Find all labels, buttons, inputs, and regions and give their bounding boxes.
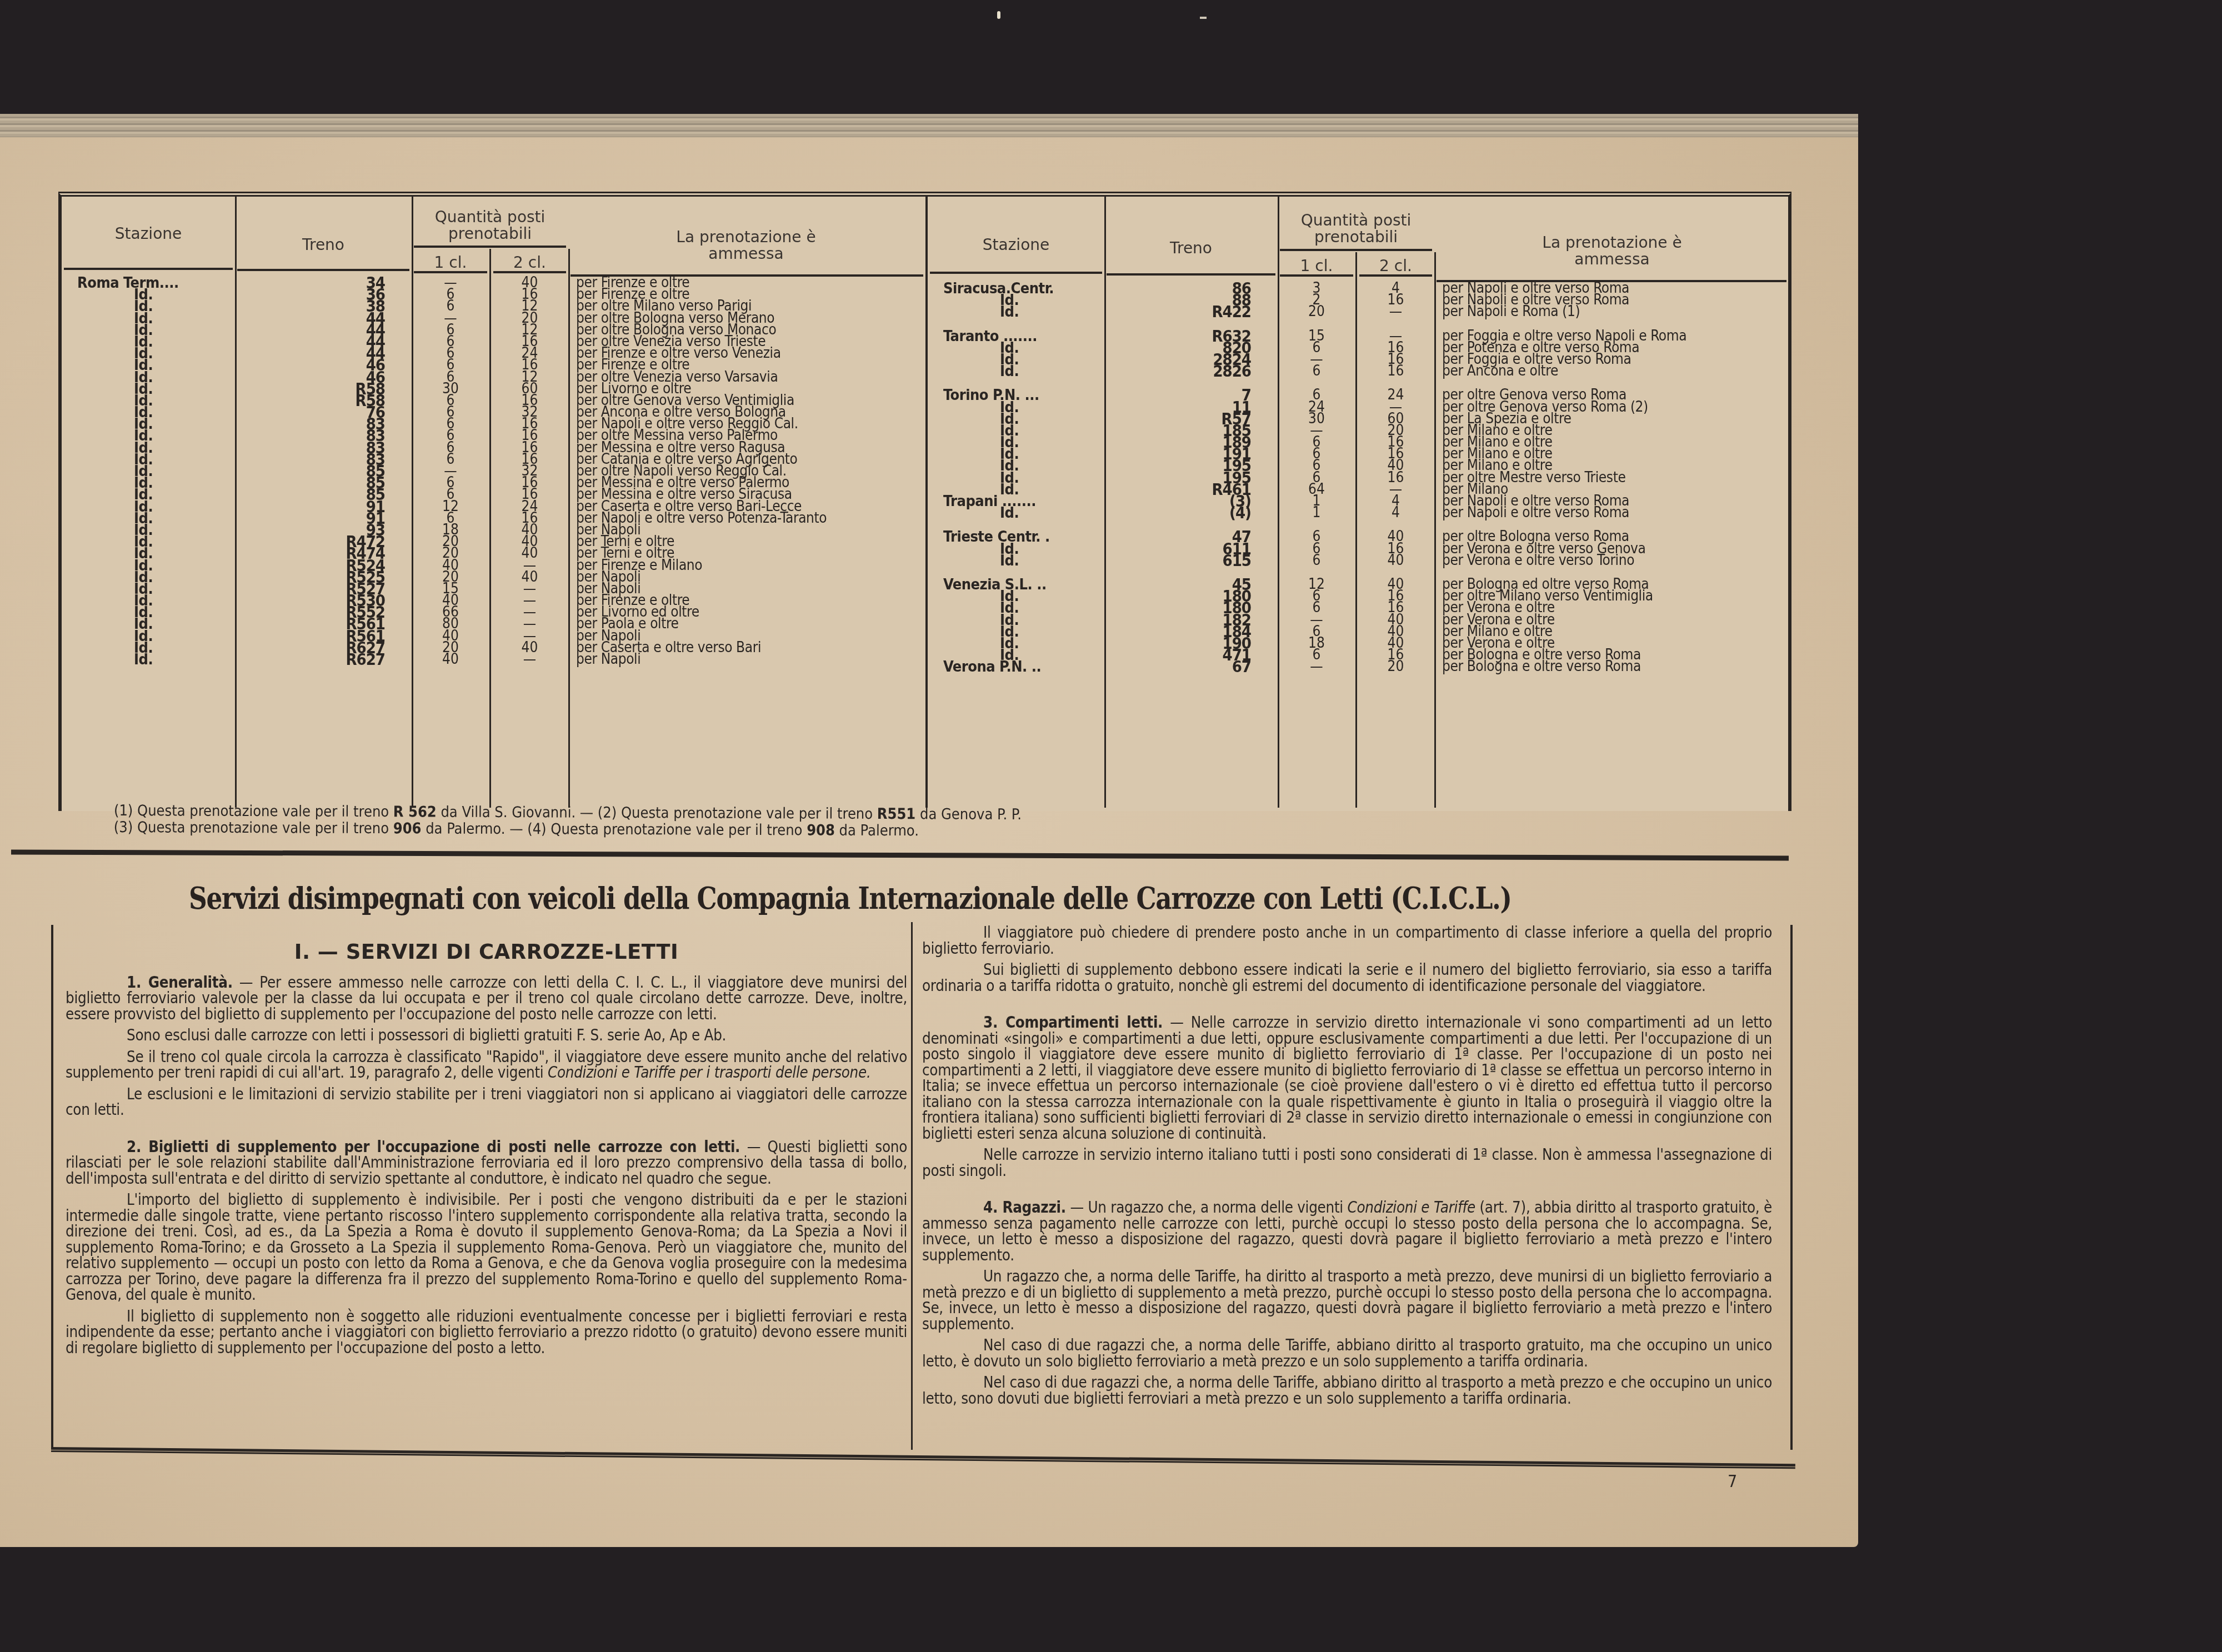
cell-train: 471 <box>1101 649 1278 661</box>
group-spacer <box>928 567 1789 579</box>
cell-train: R57 <box>1101 413 1278 425</box>
paragraph: Un ragazzo che, a norma delle Tariffe, h… <box>922 1269 1772 1332</box>
section-title: Servizi disimpegnati con veicoli della C… <box>189 880 1449 916</box>
cell-c2: 16 <box>1357 366 1434 377</box>
cell-c2: 20 <box>1357 661 1434 673</box>
footnote-train: 908 <box>807 822 835 839</box>
table-row: Id.R58616per oltre Genova verso Ventimig… <box>62 395 925 407</box>
header-rule <box>1280 274 1353 277</box>
table-row: Siracusa.Centr.8634per Napoli e oltre ve… <box>928 283 1789 294</box>
cell-c1: 40 <box>412 654 489 665</box>
cell-train: R627 <box>235 654 412 665</box>
cell-train: 2824 <box>1101 354 1278 366</box>
paragraph: Le esclusioni e le limitazioni di serviz… <box>66 1087 907 1118</box>
table-row: Id.R583060per Livorno e oltre <box>62 383 925 395</box>
header-class1: 1 cl. <box>412 254 489 271</box>
cell-station: Id. <box>928 366 1101 377</box>
cell-train: 85 <box>235 489 412 500</box>
cell-train: 93 <box>235 524 412 536</box>
table-footnotes: (1) Questa prenotazione vale per il tren… <box>114 803 1558 842</box>
paragraph: Nel caso di due ragazzi che, a norma del… <box>922 1338 1772 1369</box>
header-booking: La prenotazione è ammessa <box>1529 234 1695 268</box>
header-rule <box>1359 274 1432 277</box>
cell-train: 46 <box>235 372 412 383</box>
cell-train: 85 <box>235 465 412 477</box>
footnote-text: da Genova P. P. <box>915 805 1022 823</box>
footnote-text: (1) Questa prenotazione vale per il tren… <box>114 802 393 820</box>
page-number: 7 <box>1728 1472 1737 1491</box>
table-row: Torino P.N. ...7624per oltre Genova vers… <box>928 389 1789 401</box>
cell-train: 195 <box>1101 472 1278 484</box>
page-edge-stack <box>0 114 1858 137</box>
table-row: Id.R42220—per Napoli e Roma (1) <box>928 306 1789 318</box>
header-class2: 2 cl. <box>1357 258 1434 274</box>
table-row: Id.R55266—per Livorno ed oltre <box>62 607 925 618</box>
table-row: Id.R4722040per Terni e oltre <box>62 536 925 548</box>
cell-train: R524 <box>235 560 412 572</box>
table-row: Id.46616per Firenze e oltre <box>62 359 925 371</box>
table-row: Verona P.N. ..67—20per Bologna e oltre v… <box>928 661 1789 673</box>
table-row: Id.R53040—per Firenze e oltre <box>62 595 925 607</box>
table-row: Id.820616per Potenza e oltre verso Roma <box>928 342 1789 354</box>
cell-train: 820 <box>1101 342 1278 354</box>
table-row: Id.615640per Verona e oltre verso Torino <box>928 555 1789 567</box>
cell-train: 47 <box>1101 531 1278 543</box>
table-row: Id.36616per Firenze e oltre <box>62 289 925 301</box>
cell-c1: 1 <box>1278 507 1355 519</box>
cell-dest: per Bologna e oltre verso Roma <box>1434 661 1790 673</box>
table-row: Id.1901840per Verona e oltre <box>928 638 1789 649</box>
cell-train: 36 <box>235 289 412 301</box>
cell-train: R561 <box>235 630 412 642</box>
header-train: Treno <box>235 237 412 253</box>
table-rows-left: Roma Term....34—40per Firenze e oltreId.… <box>62 277 925 665</box>
cell-train: 88 <box>1101 294 1278 306</box>
header-station: Stazione <box>928 237 1104 253</box>
footnote-text: da Palermo. — (4) Questa prenotazione va… <box>421 820 807 839</box>
header-rule <box>414 246 566 248</box>
table-row: Id.R52440—per Firenze e Milano <box>62 560 925 572</box>
table-row: Id.46612per oltre Venezia verso Varsavia <box>62 372 925 383</box>
cell-train: 76 <box>235 407 412 418</box>
table-row: Id.88216per Napoli e oltre verso Roma <box>928 294 1789 306</box>
table-row: Id.83616per Catania e oltre verso Agrige… <box>62 454 925 465</box>
cell-train: 67 <box>1101 661 1278 673</box>
left-text-column: I. — SERVIZI DI CARROZZE-LETTI 1. Genera… <box>66 944 907 1356</box>
cell-train: 44 <box>235 324 412 336</box>
paragraph-biglietti: 2. Biglietti di supplemento per l'occupa… <box>66 1139 907 1187</box>
footnote-text: da Villa S. Giovanni. — (2) Questa preno… <box>437 804 877 823</box>
cell-train: 91 <box>235 501 412 513</box>
paragraph-text: — Nelle carrozze in servizio diretto int… <box>922 1014 1772 1143</box>
header-rule <box>1280 249 1432 251</box>
table-row: Id.182—40per Verona e oltre <box>928 614 1789 626</box>
table-row: Id.R4742040per Terni e oltre <box>62 548 925 559</box>
cell-train: 45 <box>1101 579 1278 590</box>
scanned-page: Stazione Treno Quantità posti prenotabil… <box>0 0 2222 1652</box>
table-row: Id.38612per oltre Milano verso Parigi <box>62 301 925 312</box>
cell-train: R527 <box>235 583 412 595</box>
table-row: Id.191616per Milano e oltre <box>928 448 1789 460</box>
header-class1: 1 cl. <box>1278 258 1355 274</box>
paragraph: Nel caso di due ragazzi che, a norma del… <box>922 1375 1772 1406</box>
header-rule <box>414 271 487 273</box>
cell-dest: per Napoli <box>568 654 924 665</box>
table-row: Id.85—32per oltre Napoli verso Reggio Ca… <box>62 465 925 477</box>
paragraph-lead: 3. Compartimenti letti. <box>983 1014 1163 1032</box>
table-left-half: Stazione Treno Quantità posti prenotabil… <box>62 197 925 808</box>
paragraph-lead: 2. Biglietti di supplemento per l'occupa… <box>127 1138 740 1156</box>
cell-train: R632 <box>1101 331 1278 342</box>
table-row: Id.931840per Napoli <box>62 524 925 536</box>
dust-speck <box>1200 17 1207 19</box>
footnote-train: R551 <box>877 805 916 823</box>
cell-c1: 6 <box>1278 366 1355 377</box>
table-row: Id.180616per Verona e oltre <box>928 602 1789 614</box>
header-rule <box>1107 273 1275 276</box>
cell-train: R461 <box>1101 484 1278 495</box>
subsection-heading: I. — SERVIZI DI CARROZZE-LETTI <box>66 944 907 960</box>
cell-train: 44 <box>235 348 412 359</box>
cell-train: 180 <box>1101 590 1278 602</box>
table-row: Id.R573060per La Spezia e oltre <box>928 413 1789 425</box>
table-row: Id.R46164—per Milano <box>928 484 1789 495</box>
group-spacer <box>928 377 1789 389</box>
cell-train: R525 <box>235 572 412 583</box>
table-row: Id.83616per Napoli e oltre verso Reggio … <box>62 418 925 430</box>
cell-train: 191 <box>1101 448 1278 460</box>
paragraph: Il viaggiatore può chiedere di prendere … <box>922 925 1772 957</box>
paragraph: L'importo del biglietto di supplemento è… <box>66 1192 907 1303</box>
table-row: Id.(4)14per Napoli e oltre verso Roma <box>928 507 1789 519</box>
cell-c2: — <box>1357 306 1434 318</box>
cell-c1: 20 <box>1278 306 1355 318</box>
cell-train: 195 <box>1101 460 1278 472</box>
header-rule <box>64 268 233 270</box>
cell-train: R422 <box>1101 306 1278 318</box>
cell-station: Id. <box>62 654 235 665</box>
paragraph: Sui biglietti di supplemento debbono ess… <box>922 962 1772 994</box>
cell-train: 185 <box>1101 425 1278 437</box>
table-row: Id.471616per Bologna e oltre verso Roma <box>928 649 1789 661</box>
table-row: Id.44612per oltre Bologna verso Monaco <box>62 324 925 336</box>
table-row: Trieste Centr. .47640per oltre Bologna v… <box>928 531 1789 543</box>
table-rows-right: Siracusa.Centr.8634per Napoli e oltre ve… <box>928 283 1789 673</box>
cell-train: 46 <box>235 359 412 371</box>
paragraph: Sono esclusi dalle carrozze con letti i … <box>66 1028 907 1044</box>
cell-train: 615 <box>1101 555 1278 567</box>
table-row: Id.44—20per oltre Bologna verso Merano <box>62 313 925 324</box>
table-row: Trapani .......(3)14per Napoli e oltre v… <box>928 495 1789 507</box>
cell-train: 38 <box>235 301 412 312</box>
header-rule <box>237 269 409 271</box>
cell-dest: per Napoli e Roma (1) <box>1434 306 1790 318</box>
cell-train: 34 <box>235 277 412 289</box>
paragraph-lead: 1. Generalità. <box>127 974 233 992</box>
footnote-train: 906 <box>393 820 422 837</box>
table-row: Roma Term....34—40per Firenze e oltre <box>62 277 925 289</box>
cell-station: Verona P.N. .. <box>928 661 1101 673</box>
header-class2: 2 cl. <box>491 254 568 271</box>
cell-train: 11 <box>1101 402 1278 413</box>
cell-train: 182 <box>1101 614 1278 626</box>
paragraph: Se il treno col quale circola la carrozz… <box>66 1049 907 1081</box>
header-train: Treno <box>1104 240 1278 257</box>
cell-train: 7 <box>1101 389 1278 401</box>
cell-train: (3) <box>1101 495 1278 507</box>
column-divider <box>911 922 913 1450</box>
table-row: Id.R5252040per Napoli <box>62 572 925 583</box>
cell-train: 83 <box>235 454 412 465</box>
table-row: Venezia S.L. ..451240per Bologna ed oltr… <box>928 579 1789 590</box>
cell-train: 44 <box>235 313 412 324</box>
cell-train: 83 <box>235 430 412 442</box>
table-row: Id.R52715—per Napoli <box>62 583 925 595</box>
cell-station: Id. <box>928 306 1101 318</box>
cell-c1: — <box>1278 661 1355 673</box>
cell-train: R627 <box>235 642 412 654</box>
paragraph: Nelle carrozze in servizio interno itali… <box>922 1147 1772 1179</box>
header-rule <box>493 271 566 273</box>
cell-dest: per Napoli e oltre verso Roma <box>1434 507 1790 519</box>
cell-station: Id. <box>928 555 1101 567</box>
cell-c2: 40 <box>1357 555 1434 567</box>
table-row: Id.184640per Milano e oltre <box>928 626 1789 638</box>
header-seats-group: Quantità posti prenotabili <box>1287 212 1425 246</box>
table-right-half: Stazione Treno Quantità posti prenotabil… <box>925 197 1789 808</box>
cell-train: 83 <box>235 418 412 430</box>
cell-c2: — <box>491 654 568 665</box>
cell-dest: per Ancona e oltre <box>1434 366 1790 377</box>
paragraph-compartimenti: 3. Compartimenti letti. — Nelle carrozze… <box>922 1015 1772 1142</box>
cell-train: 2826 <box>1101 366 1278 377</box>
table-row: Id.185—20per Milano e oltre <box>928 425 1789 437</box>
paragraph-lead: 4. Ragazzi. <box>983 1199 1066 1217</box>
cell-station: Id. <box>928 507 1101 519</box>
cell-train: 86 <box>1101 283 1278 294</box>
cell-train: R472 <box>235 536 412 548</box>
right-text-column: Il viaggiatore può chiedere di prendere … <box>922 925 1772 1406</box>
table-row: Id.195640per Milano e oltre <box>928 460 1789 472</box>
table-row: Id.R56140—per Napoli <box>62 630 925 642</box>
paragraph-italic: Condizioni e Tariffe <box>1347 1199 1475 1217</box>
cell-train: R58 <box>235 383 412 395</box>
cell-train: 44 <box>235 336 412 348</box>
table-row: Taranto .......R63215—per Foggia e oltre… <box>928 331 1789 342</box>
cell-train: R474 <box>235 548 412 559</box>
table-row: Id.85616per Messina e oltre verso Palerm… <box>62 477 925 489</box>
paragraph-ragazzi: 4. Ragazzi. — Un ragazzo che, a norma de… <box>922 1200 1772 1263</box>
footnote-train: R 562 <box>393 803 437 820</box>
table-row: Id.1124—per oltre Genova verso Roma (2) <box>928 402 1789 413</box>
table-row: Id.R62740—per Napoli <box>62 654 925 665</box>
header-seats-group: Quantità posti prenotabili <box>421 209 559 242</box>
header-station: Stazione <box>62 226 235 242</box>
dust-speck <box>997 11 1000 19</box>
table-row: Id.2824—16per Foggia e oltre verso Roma <box>928 354 1789 366</box>
table-row: Id.2826616per Ancona e oltre <box>928 366 1789 377</box>
reservation-table: Stazione Treno Quantità posti prenotabil… <box>58 192 1791 811</box>
table-row: Id.180616per oltre Milano verso Ventimig… <box>928 590 1789 602</box>
cell-train: R552 <box>235 607 412 618</box>
paragraph-italic: Condizioni e Tariffe per i trasporti del… <box>548 1064 870 1082</box>
group-spacer <box>928 519 1789 531</box>
cell-train: 180 <box>1101 602 1278 614</box>
cell-train: R530 <box>235 595 412 607</box>
table-row: Id.611616per Verona e oltre verso Genova <box>928 543 1789 555</box>
table-row: Id.83616per oltre Messina verso Palermo <box>62 430 925 442</box>
cell-c2: 4 <box>1357 507 1434 519</box>
table-row: Id.44624per Firenze e oltre verso Venezi… <box>62 348 925 359</box>
table-row: Id.R6272040per Caserta e oltre verso Bar… <box>62 642 925 654</box>
cell-train: 83 <box>235 442 412 454</box>
table-row: Id.91616per Napoli e oltre verso Potenza… <box>62 513 925 524</box>
cell-train: 611 <box>1101 543 1278 555</box>
header-rule <box>930 272 1102 274</box>
cell-train: R58 <box>235 395 412 407</box>
footnote-text: (3) Questa prenotazione vale per il tren… <box>114 819 393 837</box>
table-row: Id.195616per oltre Mestre verso Trieste <box>928 472 1789 484</box>
cell-train: 85 <box>235 477 412 489</box>
cell-train: R561 <box>235 618 412 630</box>
table-row: Id.44616per oltre Venezia verso Trieste <box>62 336 925 348</box>
cell-dest: per Verona e oltre verso Torino <box>1434 555 1790 567</box>
footnote-text: da Palermo. <box>835 822 919 840</box>
paragraph-text: — Un ragazzo che, a norma delle vigenti <box>1066 1199 1348 1217</box>
cell-train: 190 <box>1101 638 1278 649</box>
paragraph: Il biglietto di supplemento non è sogget… <box>66 1309 907 1356</box>
cell-train: 184 <box>1101 626 1278 638</box>
table-row: Id.189616per Milano e oltre <box>928 437 1789 448</box>
cell-c1: 6 <box>1278 555 1355 567</box>
header-booking: La prenotazione è ammessa <box>663 229 829 262</box>
table-row: Id.R56180—per Paola e oltre <box>62 618 925 630</box>
paragraph-generalita: 1. Generalità. — Per essere ammesso nell… <box>66 975 907 1023</box>
cell-train: 91 <box>235 513 412 524</box>
cell-train: 189 <box>1101 437 1278 448</box>
cell-train: (4) <box>1101 507 1278 519</box>
